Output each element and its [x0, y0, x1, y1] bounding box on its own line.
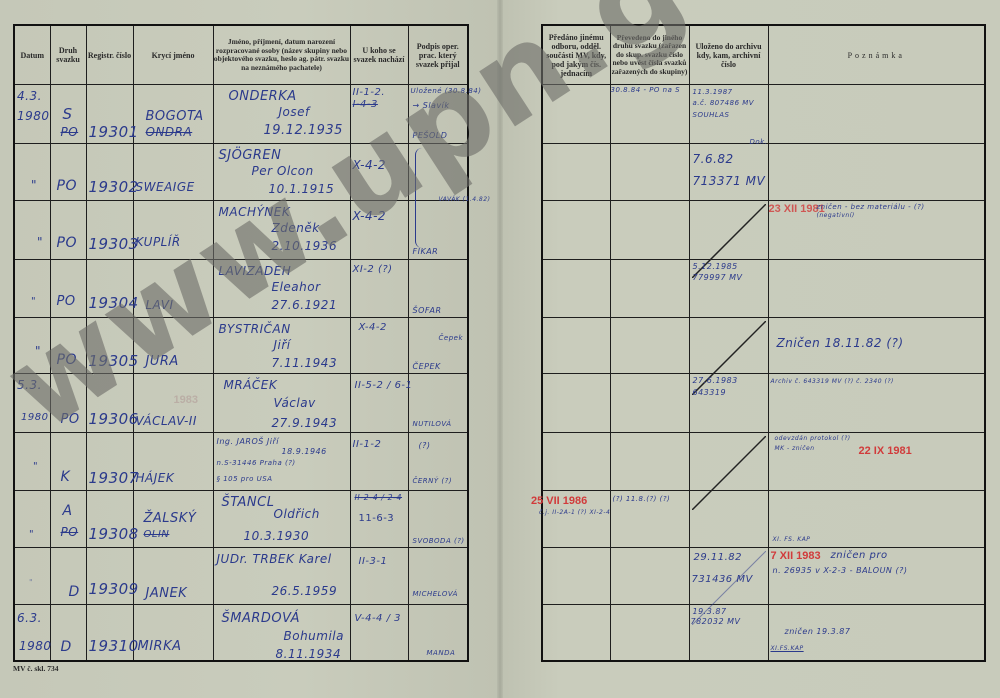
cell-prevedeno: [610, 318, 689, 374]
cell-podpis: ŠOFAR: [408, 260, 468, 318]
cell-jmeno: ŠTANCLOldřich10.3.1930: [213, 491, 350, 548]
cell-predano: [542, 548, 610, 605]
table-row: 27.6.1983643319 Archiv č. 643319 MV (?) …: [542, 374, 985, 433]
header-registr-cislo: Registr. číslo: [86, 25, 133, 85]
table-row: 30.8.84 - PO na S 11.3.1987a.č. 807486 M…: [542, 85, 985, 144]
cell-ulozeno: [689, 491, 768, 548]
cell-predano: [542, 144, 610, 201]
cell-datum: ": [14, 201, 50, 260]
cell-kryci-jmeno: JURA: [133, 318, 213, 374]
table-row: Dok.7.6.82713371 MV: [542, 144, 985, 201]
cell-prevedeno: [610, 374, 689, 433]
cell-jmeno: ONDERKAJosef19.12.1935: [213, 85, 350, 144]
cell-datum: 6.3.1980: [14, 605, 50, 661]
cell-poznamka: [768, 260, 985, 318]
cell-u-koho: II-5-2 / 6-1: [350, 374, 408, 433]
cell-poznamka: zničen 19.3.87XI.FS.KAP: [768, 605, 985, 661]
header-podpis: Podpis oper. prac. který svazek přijal: [408, 25, 468, 85]
cell-kryci-jmeno: BOGOTAONDRA: [133, 85, 213, 144]
cell-jmeno: JUDr. TRBEK Karel26.5.1959: [213, 548, 350, 605]
table-row: " PO 19302 SWEAIGE SJÖGRENPer Olcon10.1.…: [14, 144, 468, 201]
date-stamp: 22 IX 1981: [859, 445, 912, 457]
table-row: 6.3.1980 D 19310 MIRKA ŠMARDOVÁBohumila8…: [14, 605, 468, 661]
cell-datum: ": [14, 144, 50, 201]
cell-u-koho: II-1-2: [350, 433, 408, 491]
form-number: MV č. skl. 734: [13, 664, 59, 673]
date-stamp: 25 VII 1986: [531, 495, 587, 507]
cell-datum: 5.3.1980: [14, 374, 50, 433]
header-kryci-jmeno: Krycí jméno: [133, 25, 213, 85]
header-u-koho: U koho se svazek nachází: [350, 25, 408, 85]
cell-kryci-jmeno: KUPLÍŘ: [133, 201, 213, 260]
header-druh-svazku: Druh svazku: [50, 25, 86, 85]
cell-predano: 25 VII 1986č.j. II-2A-1 (?) XI-2-4: [542, 491, 610, 548]
header-datum: Datum: [14, 25, 50, 85]
table-row: " D 19309 JANEK JUDr. TRBEK Karel26.5.19…: [14, 548, 468, 605]
cell-podpis: MANDA: [408, 605, 468, 661]
cell-jmeno: ŠMARDOVÁBohumila8.11.1934: [213, 605, 350, 661]
table-row: 4.3.1980 SPO 19301 BOGOTAONDRA ONDERKAJo…: [14, 85, 468, 144]
table-row: 19.3.87782032 MV zničen 19.3.87XI.FS.KAP: [542, 605, 985, 661]
register-table-right: Předáno jinému odboru, odděl. součásti M…: [541, 24, 986, 662]
cell-druh: PO: [50, 374, 86, 433]
cell-predano: [542, 318, 610, 374]
date-stamp: 7 XII 1983: [771, 550, 821, 562]
cell-poznamka: [768, 85, 985, 144]
cell-druh: K: [50, 433, 86, 491]
cell-ulozeno: [689, 433, 768, 491]
cell-predano: [542, 374, 610, 433]
cell-datum: ": [14, 433, 50, 491]
cell-prevedeno: [610, 201, 689, 260]
cell-prevedeno: [610, 605, 689, 661]
table-row: 5.3.1980 PO 19306 1983VÁCLAV-II MRÁČEKVá…: [14, 374, 468, 433]
cell-podpis: VAVÁK (1.4.82): [408, 144, 468, 201]
table-row: 29.11.82731436 MV XI. FS. KAP7 XII 1983z…: [542, 548, 985, 605]
cell-prevedeno: 30.8.84 - PO na S: [610, 85, 689, 144]
cell-druh: SPO: [50, 85, 86, 144]
header-row: Předáno jinému odboru, odděl. součásti M…: [542, 25, 985, 85]
cell-poznamka: 23 XII 1981zničen - bez materiálu - (?)(…: [768, 201, 985, 260]
cell-poznamka: odevzdán protokol (?)MK - zničen22 IX 19…: [768, 433, 985, 491]
faint-stamp: 1983: [174, 394, 198, 406]
cell-ulozeno: Dok.7.6.82713371 MV: [689, 144, 768, 201]
cell-jmeno: Ing. JAROŠ Jiří18.9.1946n.S-31446 Praha …: [213, 433, 350, 491]
cell-registr: 19307: [86, 433, 133, 491]
cell-poznamka: Archiv č. 643319 MV (?) č. 2340 (?): [768, 374, 985, 433]
header-poznamka: Poznámka: [768, 25, 985, 85]
cell-predano: [542, 605, 610, 661]
table-row: 5.12.1985779997 MV: [542, 260, 985, 318]
page-fold: [497, 0, 503, 698]
cell-podpis: Uložené (30.8.84)→ SlavíkPEŠOLD: [408, 85, 468, 144]
register-table-left: Datum Druh svazku Registr. číslo Krycí j…: [13, 24, 469, 662]
cell-kryci-jmeno: LAVI: [133, 260, 213, 318]
cell-ulozeno: [689, 201, 768, 260]
cell-podpis: MICHELOVÁ: [408, 548, 468, 605]
cell-registr: 19310: [86, 605, 133, 661]
table-row: Zničen 18.11.82 (?): [542, 318, 985, 374]
cell-poznamka: [768, 144, 985, 201]
cell-ulozeno: [689, 318, 768, 374]
cell-u-koho: X-4-2: [350, 318, 408, 374]
cell-ulozeno: 19.3.87782032 MV: [689, 605, 768, 661]
cell-u-koho: II-3-1: [350, 548, 408, 605]
header-row: Datum Druh svazku Registr. číslo Krycí j…: [14, 25, 468, 85]
cell-prevedeno: [610, 144, 689, 201]
cell-druh: PO: [50, 201, 86, 260]
cell-prevedeno: [610, 433, 689, 491]
cell-druh: PO: [50, 260, 86, 318]
cell-podpis: ČepekČEPEK: [408, 318, 468, 374]
cell-registr: 19303: [86, 201, 133, 260]
cell-prevedeno: [610, 548, 689, 605]
table-row: " PO 19303 KUPLÍŘ MACHÝNEKZdeněk2.10.193…: [14, 201, 468, 260]
header-predano: Předáno jinému odboru, odděl. součásti M…: [542, 25, 610, 85]
table-row: odevzdán protokol (?)MK - zničen22 IX 19…: [542, 433, 985, 491]
cell-kryci-jmeno: SWEAIGE: [133, 144, 213, 201]
cell-registr: 19308: [86, 491, 133, 548]
cell-registr: 19302: [86, 144, 133, 201]
cell-poznamka: XI. FS. KAP7 XII 1983zničen pron. 26935 …: [768, 548, 985, 605]
cell-registr: 19304: [86, 260, 133, 318]
cell-podpis: FIKAR: [408, 201, 468, 260]
header-ulozeno: Uloženo do archivu kdy, kam, archivní čí…: [689, 25, 768, 85]
cell-ulozeno: 11.3.1987a.č. 807486 MVSOUHLAS: [689, 85, 768, 144]
cell-datum: ": [14, 260, 50, 318]
cell-kryci-jmeno: 1983VÁCLAV-II: [133, 374, 213, 433]
cell-druh: PO: [50, 144, 86, 201]
cell-predano: [542, 260, 610, 318]
header-prevedeno: Převedeno do jiného druhu svazku (zařaze…: [610, 25, 689, 85]
cell-registr: 19305: [86, 318, 133, 374]
cell-podpis: SVOBODA (?): [408, 491, 468, 548]
cell-prevedeno: [610, 260, 689, 318]
table-row: 23 XII 1981zničen - bez materiálu - (?)(…: [542, 201, 985, 260]
cell-druh: D: [50, 548, 86, 605]
cell-ulozeno: 29.11.82731436 MV: [689, 548, 768, 605]
cell-jmeno: MRÁČEKVáclav27.9.1943: [213, 374, 350, 433]
cell-prevedeno: (?) 11.8.(?) (?): [610, 491, 689, 548]
cell-datum: ": [14, 318, 50, 374]
cell-u-koho: X-4-2: [350, 144, 408, 201]
cell-podpis: (?)ČERNÝ (?): [408, 433, 468, 491]
table-row: " PO 19305 JURA BYSTRIČANJiří7.11.1943 X…: [14, 318, 468, 374]
table-row: " PO 19304 LAVI LAVIZADEHEleahor27.6.192…: [14, 260, 468, 318]
cell-kryci-jmeno: ŽALSKÝOLIN: [133, 491, 213, 548]
cell-poznamka: Zničen 18.11.82 (?): [768, 318, 985, 374]
cell-u-koho: V-4-4 / 3: [350, 605, 408, 661]
cell-registr: 19309: [86, 548, 133, 605]
cell-jmeno: LAVIZADEHEleahor27.6.1921: [213, 260, 350, 318]
cell-jmeno: SJÖGRENPer Olcon10.1.1915: [213, 144, 350, 201]
cell-datum: ": [14, 491, 50, 548]
cell-u-koho: II-2-4 / 2-411-6-3: [350, 491, 408, 548]
cell-predano: [542, 201, 610, 260]
cell-datum: 4.3.1980: [14, 85, 50, 144]
cell-u-koho: XI-2 (?): [350, 260, 408, 318]
cell-jmeno: BYSTRIČANJiří7.11.1943: [213, 318, 350, 374]
cell-druh: D: [50, 605, 86, 661]
cell-ulozeno: 5.12.1985779997 MV: [689, 260, 768, 318]
table-row: 25 VII 1986č.j. II-2A-1 (?) XI-2-4 (?) 1…: [542, 491, 985, 548]
cell-predano: [542, 85, 610, 144]
cell-u-koho: X-4-2: [350, 201, 408, 260]
cell-datum: ": [14, 548, 50, 605]
cell-predano: [542, 433, 610, 491]
cell-kryci-jmeno: HÁJEK: [133, 433, 213, 491]
cell-u-koho: II-1-2.I-4-3: [350, 85, 408, 144]
cell-kryci-jmeno: JANEK: [133, 548, 213, 605]
cell-registr: 19306: [86, 374, 133, 433]
cell-ulozeno: 27.6.1983643319: [689, 374, 768, 433]
cell-druh: APO: [50, 491, 86, 548]
cell-registr: 19301: [86, 85, 133, 144]
table-row: " APO 19308 ŽALSKÝOLIN ŠTANCLOldřich10.3…: [14, 491, 468, 548]
cell-kryci-jmeno: MIRKA: [133, 605, 213, 661]
cell-druh: PO: [50, 318, 86, 374]
cell-podpis: NUTILOVÁ: [408, 374, 468, 433]
header-jmeno-osoby: Jméno, příjmení, datum narození rozpraco…: [213, 25, 350, 85]
table-row: " K 19307 HÁJEK Ing. JAROŠ Jiří18.9.1946…: [14, 433, 468, 491]
cell-jmeno: MACHÝNEKZdeněk2.10.1936: [213, 201, 350, 260]
